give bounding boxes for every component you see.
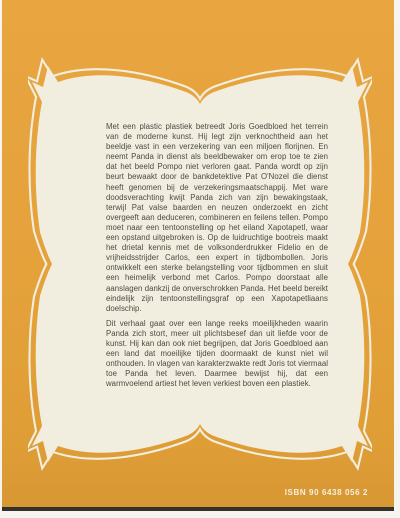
book-back-cover: Met een plastic plastiek betreedt Joris … (2, 0, 394, 511)
isbn-number: ISBN 90 6438 056 2 (285, 488, 368, 497)
blurb-paragraph-2: Dit verhaal gaat over een lange reeks mo… (106, 319, 328, 390)
blurb-text-block: Met een plastic plastiek betreedt Joris … (106, 122, 328, 389)
blurb-paragraph-1: Met een plastic plastiek betreedt Joris … (106, 122, 328, 314)
scan-background: Met een plastic plastiek betreedt Joris … (0, 0, 400, 518)
